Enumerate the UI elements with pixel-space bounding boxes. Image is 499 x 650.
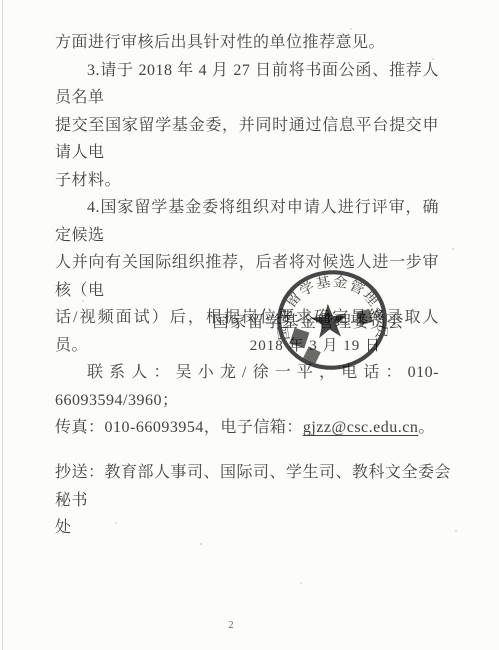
document-body: 方面进行审核后出具针对性的单位推荐意见。 3.请于 2018 年 4 月 27 …: [55, 29, 439, 442]
cc-line-2: 处: [55, 514, 455, 542]
fax-line-suffix: 。: [418, 419, 435, 436]
seal-smudge-right: [356, 309, 373, 326]
official-seal: 国家留学基金管理委员会: [272, 264, 393, 376]
page-number: 2: [0, 620, 462, 631]
email-address: gjzz@csc.edu.cn: [303, 419, 419, 436]
fax-line-prefix: 传真：010-66093954，电子信箱：: [55, 419, 303, 436]
body-line-3: 提交至国家留学基金委，并同时通过信息平台提交申请人电: [55, 112, 439, 167]
cc-block: 抄送：教育部人事司、国际司、学生司、教科文全委会秘书 处: [55, 459, 455, 542]
body-line-5: 4.国家留学基金委将组织对申请人进行评审，确定候选: [55, 194, 439, 249]
cc-line-1: 抄送：教育部人事司、国际司、学生司、教科文全委会秘书: [55, 459, 455, 514]
scan-speckles: [0, 0, 2, 2]
seal-star-icon: [310, 302, 348, 338]
body-line-1: 方面进行审核后出具针对性的单位推荐意见。: [55, 29, 439, 57]
seal-smudge-left: [290, 328, 310, 349]
scan-edge-line: [2, 0, 3, 650]
svg-text:国家留学基金管理委员会: 国家留学基金管理委员会: [272, 264, 391, 349]
official-seal-graphic: 国家留学基金管理委员会: [272, 264, 393, 376]
fax-line: 传真：010-66093954，电子信箱：gjzz@csc.edu.cn。: [55, 414, 439, 442]
body-line-2: 3.请于 2018 年 4 月 27 日前将书面公函、推荐人员名单: [55, 57, 439, 112]
body-line-4: 子材料。: [55, 167, 439, 195]
seal-ring-text: 国家留学基金管理委员会: [272, 264, 391, 349]
